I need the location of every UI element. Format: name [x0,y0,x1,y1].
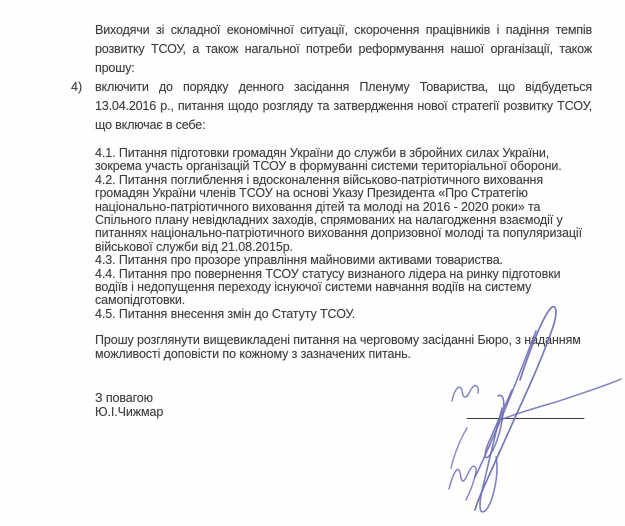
item-4-line: включити до порядку денного засідання Пл… [95,78,592,97]
agenda-items: 4.1. Питання підготовки громадян України… [95,147,592,321]
closing-paragraph: Прошу розглянути вищевикладені питання н… [95,334,592,361]
agenda-line: самопідготовки. [95,294,592,307]
agenda-line: водіїв і недопущення переходу існуючої с… [95,281,592,294]
intro-line: розвитку ТСОУ, а також нагальної потреби… [95,40,592,59]
intro-line: Виходячи зі складної економічної ситуаці… [95,21,592,40]
signature-stroke [451,428,467,468]
signoff: З повагою Ю.І.Чижмар [95,392,592,419]
document-page: Виходячи зі складної економічної ситуаці… [0,0,625,526]
signature-stroke-zigzag [449,466,476,500]
closing-line: можливості доповісти по кожному з зазнач… [95,348,592,361]
agenda-line: зокрема участь організацій ТСОУ в формув… [95,160,592,173]
agenda-line: 4.3. Питання про прозоре управління майн… [95,254,592,267]
intro-paragraph: Виходячи зі складної економічної ситуаці… [95,21,592,78]
agenda-line: питаннях національно-патріотичного вихов… [95,227,592,240]
intro-line: прошу: [95,59,592,78]
item-4: 4) включити до порядку денного засідання… [95,78,592,135]
agenda-line: 4.1. Питання підготовки громадян України… [95,147,592,160]
signature-stroke [480,408,502,512]
agenda-line: 4.5. Питання внесення змін до Статуту ТС… [95,308,592,321]
document-content: Виходячи зі складної економічної ситуаці… [95,21,592,419]
agenda-line: військової служби від 21.08.2015р. [95,241,592,254]
signoff-name: Ю.І.Чижмар [95,406,592,419]
agenda-line: 4.2. Питання поглиблення і вдосконалення… [95,174,592,187]
agenda-line: 4.4. Питання про повернення ТСОУ статусу… [95,268,592,281]
item-4-line: 13.04.2016 р., питання щодо розгляду та … [95,97,592,116]
closing-line: Прошу розглянути вищевикладені питання н… [95,334,592,347]
signoff-respect: З повагою [95,392,592,405]
item-4-line: що включає в себе: [95,116,592,135]
agenda-line: громадян України членів ТСОУ на основі У… [95,187,592,200]
agenda-line: національно-патріотичного виховання діте… [95,201,592,214]
item-4-marker: 4) [71,78,82,97]
agenda-line: Спільного плану невідкладних заходів, сп… [95,214,592,227]
